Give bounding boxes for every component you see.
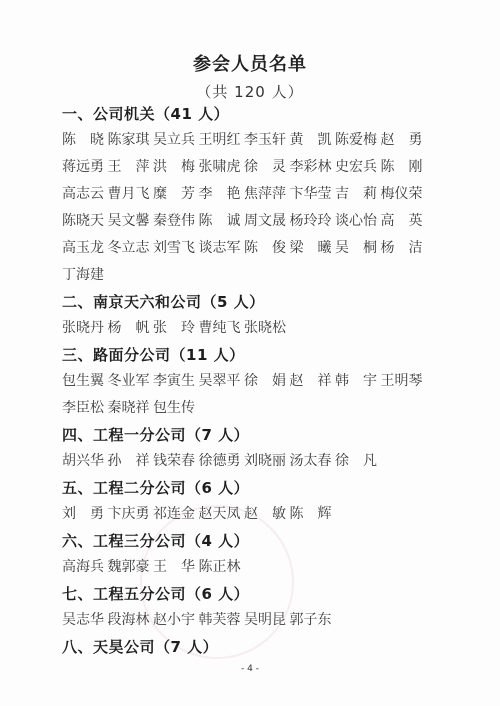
page-title: 参会人员名单: [0, 50, 500, 76]
document-page: 参会人员名单 （共 120 人） 一、公司机关（41 人）陈 晓陈家琪吴立兵王明…: [0, 0, 500, 706]
attendee-name: 张 玲: [153, 315, 199, 342]
attendee-name: 吴立兵: [153, 127, 199, 154]
attendee-name: 张啸虎: [199, 154, 245, 181]
attendee-name: 曹月飞: [108, 181, 154, 208]
name-row: 高志云曹月飞糜 芳李 艳焦萍萍卞华莹吉 莉梅仪荣: [62, 181, 482, 208]
name-row: 吴志华段海林赵小宇韩芙蓉吴明昆郭子东: [62, 607, 482, 634]
name-row: 高玉龙冬立志刘雪飞谈志军陈 俊梁 曦吴 桐杨 洁: [62, 235, 482, 262]
section-heading: 四、工程一分公司（7 人）: [62, 422, 482, 448]
attendee-name: 郭子东: [290, 607, 336, 634]
attendee-name: 秦登伟: [153, 208, 199, 235]
attendee-name: 刘 勇: [62, 501, 108, 528]
attendee-name: 蒋远勇: [62, 154, 108, 181]
attendee-name: 李臣松: [62, 395, 108, 422]
attendee-name: 段海林: [108, 607, 154, 634]
name-row: 包生翼冬业军李寅生吴翠平徐 娟赵 祥韩 宇王明琴: [62, 368, 482, 395]
attendee-name: 孙 祥: [108, 448, 154, 475]
attendee-name: 汤太春: [290, 448, 336, 475]
attendee-name: 包生传: [153, 395, 199, 422]
name-row: 丁海建: [62, 262, 482, 289]
attendee-name: 吴文馨: [108, 208, 154, 235]
attendee-list: 一、公司机关（41 人）陈 晓陈家琪吴立兵王明红李玉轩黄 凯陈爱梅赵 勇蒋远勇王…: [62, 101, 482, 660]
attendee-name: 李彩林: [290, 154, 336, 181]
section-heading: 七、工程五分公司（6 人）: [62, 581, 482, 607]
attendee-name: 卞华莹: [290, 181, 336, 208]
section-heading: 二、南京天六和公司（5 人）: [62, 289, 482, 315]
attendee-name: 梁 曦: [290, 235, 336, 262]
attendee-name: 徐 灵: [244, 154, 290, 181]
attendee-name: 陈晓天: [62, 208, 108, 235]
attendee-name: 吴翠平: [199, 368, 245, 395]
attendee-name: 魏郭豪: [108, 554, 154, 581]
attendee-name: 陈 晓: [62, 127, 108, 154]
attendee-name: 韩 宇: [335, 368, 381, 395]
attendee-name: 杨 洁: [381, 235, 427, 262]
name-row: 蒋远勇王 萍洪 梅张啸虎徐 灵李彩林史宏兵陈 刚: [62, 154, 482, 181]
attendee-name: 陈 刚: [381, 154, 427, 181]
attendee-name: 徐 凡: [335, 448, 381, 475]
attendee-name: 高 英: [381, 208, 427, 235]
attendee-name: 胡兴华: [62, 448, 108, 475]
attendee-name: 曹纯飞: [199, 315, 245, 342]
attendee-name: 焦萍萍: [244, 181, 290, 208]
attendee-name: 刘雪飞: [153, 235, 199, 262]
attendee-name: 陈 诚: [199, 208, 245, 235]
attendee-name: 赵 敏: [244, 501, 290, 528]
attendee-name: 秦晓祥: [108, 395, 154, 422]
name-row: 胡兴华孙 祥钱荣春徐德勇刘晓丽汤太春徐 凡: [62, 448, 482, 475]
attendee-name: 钱荣春: [153, 448, 199, 475]
attendee-name: 陈爱梅: [335, 127, 381, 154]
attendee-name: 吴 桐: [335, 235, 381, 262]
attendee-name: 祁连金: [153, 501, 199, 528]
attendee-name: 王 华: [153, 554, 199, 581]
attendee-name: 周文晟: [244, 208, 290, 235]
attendee-name: 陈 辉: [290, 501, 336, 528]
name-row: 陈 晓陈家琪吴立兵王明红李玉轩黄 凯陈爱梅赵 勇: [62, 127, 482, 154]
attendee-name: 徐德勇: [199, 448, 245, 475]
name-row: 陈晓天吴文馨秦登伟陈 诚周文晟杨玲玲谈心怡高 英: [62, 208, 482, 235]
attendee-name: 李 艳: [199, 181, 245, 208]
attendee-name: 冬业军: [108, 368, 154, 395]
attendee-name: 杨 帆: [108, 315, 154, 342]
attendee-name: 王明红: [199, 127, 245, 154]
attendee-name: 洪 梅: [153, 154, 199, 181]
attendee-name: 陈 俊: [244, 235, 290, 262]
attendee-name: 韩芙蓉: [199, 607, 245, 634]
attendee-name: 高志云: [62, 181, 108, 208]
attendee-name: 吴志华: [62, 607, 108, 634]
section-heading: 五、工程二分公司（6 人）: [62, 475, 482, 501]
attendee-name: 高海兵: [62, 554, 108, 581]
attendee-name: 赵 勇: [381, 127, 427, 154]
attendee-name: 李寅生: [153, 368, 199, 395]
attendee-name: 杨玲玲: [290, 208, 336, 235]
section-heading: 八、天昊公司（7 人）: [62, 634, 482, 660]
attendee-name: 李玉轩: [244, 127, 290, 154]
page-subtitle: （共 120 人）: [0, 81, 500, 102]
attendee-name: 张晓丹: [62, 315, 108, 342]
attendee-name: 谈心怡: [335, 208, 381, 235]
attendee-name: 糜 芳: [153, 181, 199, 208]
attendee-name: 王明琴: [381, 368, 427, 395]
name-row: 李臣松秦晓祥包生传: [62, 395, 482, 422]
attendee-name: 梅仪荣: [381, 181, 427, 208]
attendee-name: 包生翼: [62, 368, 108, 395]
section-heading: 三、路面分公司（11 人）: [62, 342, 482, 368]
attendee-name: 张晓松: [244, 315, 290, 342]
name-row: 张晓丹杨 帆张 玲曹纯飞张晓松: [62, 315, 482, 342]
name-row: 刘 勇卞庆勇祁连金赵天凤赵 敏陈 辉: [62, 501, 482, 528]
attendee-name: 王 萍: [108, 154, 154, 181]
attendee-name: 赵天凤: [199, 501, 245, 528]
attendee-name: 史宏兵: [335, 154, 381, 181]
attendee-name: 赵 祥: [290, 368, 336, 395]
attendee-name: 吴明昆: [244, 607, 290, 634]
attendee-name: 谈志军: [199, 235, 245, 262]
attendee-name: 陈正林: [199, 554, 245, 581]
attendee-name: 吉 莉: [335, 181, 381, 208]
section-heading: 六、工程三分公司（4 人）: [62, 528, 482, 554]
attendee-name: 高玉龙: [62, 235, 108, 262]
attendee-name: 黄 凯: [290, 127, 336, 154]
attendee-name: 卞庆勇: [108, 501, 154, 528]
section-heading: 一、公司机关（41 人）: [62, 101, 482, 127]
attendee-name: 丁海建: [62, 262, 108, 289]
name-row: 高海兵魏郭豪王 华陈正林: [62, 554, 482, 581]
attendee-name: 冬立志: [108, 235, 154, 262]
attendee-name: 刘晓丽: [244, 448, 290, 475]
attendee-name: 赵小宇: [153, 607, 199, 634]
page-number: - 4 -: [0, 664, 500, 674]
attendee-name: 徐 娟: [244, 368, 290, 395]
attendee-name: 陈家琪: [108, 127, 154, 154]
